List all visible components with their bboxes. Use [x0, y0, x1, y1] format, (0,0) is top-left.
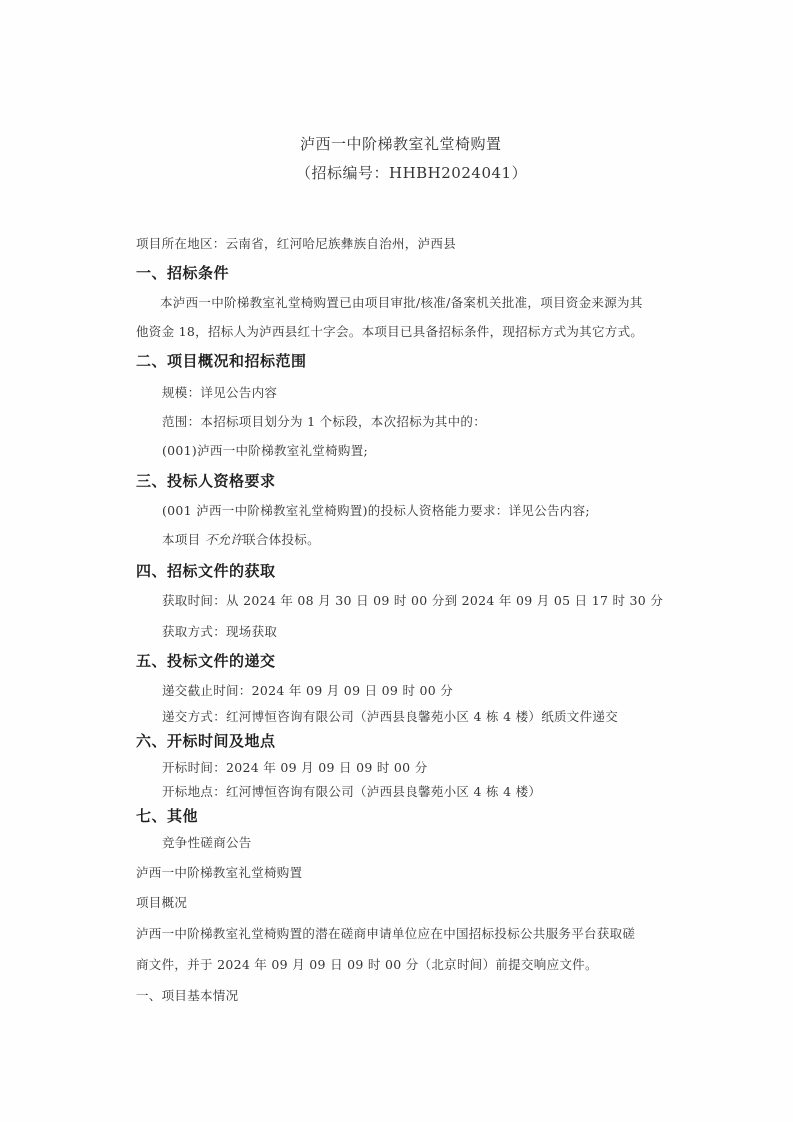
joint-bid-suffix: 联合体投标。 — [243, 532, 320, 547]
paragraph-line: 本泸西一中阶梯教室礼堂椅购置已由项目审批/核准/备案机关批准，项目资金来源为其 — [160, 293, 643, 311]
paragraph-line: 规模：详见公告内容 — [162, 383, 277, 401]
section-heading-bidder-qualification: 三、投标人资格要求 — [136, 470, 276, 491]
paragraph-line: 开标地点：红河博恒咨询有限公司（泸西县良馨苑小区 4 栋 4 楼） — [162, 782, 541, 800]
paragraph-line: 他资金 18，招标人为泸西县红十字会。本项目已具备招标条件，现招标方式为其它方式… — [136, 322, 643, 340]
paragraph-line: 一、项目基本情况 — [136, 986, 238, 1004]
paragraph-line: 递交截止时间：2024 年 09 月 09 日 09 时 00 分 — [162, 681, 453, 699]
paragraph-line: 范围：本招标项目划分为 1 个标段，本次招标为其中的： — [162, 412, 486, 430]
joint-bid-prefix: 本项目 — [162, 532, 205, 547]
paragraph-line: 项目概况 — [136, 893, 187, 911]
joint-bid-line: 本项目 不允许联合体投标。 — [162, 530, 320, 548]
tender-number: （招标编号：HHBH2024041） — [296, 162, 527, 183]
section-heading-project-overview: 二、项目概况和招标范围 — [136, 350, 307, 371]
paragraph-line: (001)泸西一中阶梯教室礼堂椅购置; — [162, 441, 368, 459]
project-location: 项目所在地区：云南省，红河哈尼族彝族自治州，泸西县 — [136, 234, 456, 252]
section-heading-other: 七、其他 — [136, 805, 198, 826]
section-heading-bid-opening: 六、开标时间及地点 — [136, 730, 276, 751]
paragraph-line: 开标时间：2024 年 09 月 09 日 09 时 00 分 — [162, 758, 428, 776]
paragraph-line: 获取时间：从 2024 年 08 月 30 日 09 时 00 分到 2024 … — [162, 591, 663, 609]
section-heading-tender-conditions: 一、招标条件 — [136, 262, 229, 283]
section-heading-bid-submission: 五、投标文件的递交 — [136, 650, 276, 671]
joint-bid-emphasis: 不允许 — [205, 532, 243, 547]
paragraph-line: 泸西一中阶梯教室礼堂椅购置 — [136, 863, 302, 881]
paragraph-line: 获取方式：现场获取 — [162, 622, 277, 640]
paragraph-line: 竞争性磋商公告 — [162, 833, 252, 851]
section-heading-document-acquisition: 四、招标文件的获取 — [136, 560, 276, 581]
paragraph-line: (001 泸西一中阶梯教室礼堂椅购置)的投标人资格能力要求：详见公告内容; — [162, 501, 590, 519]
paragraph-line: 商文件，并于 2024 年 09 月 09 日 09 时 00 分（北京时间）前… — [136, 955, 598, 973]
document-page: 泸西一中阶梯教室礼堂椅购置 （招标编号：HHBH2024041） 项目所在地区：… — [0, 0, 793, 1122]
paragraph-line: 递交方式：红河博恒咨询有限公司（泸西县良馨苑小区 4 栋 4 楼）纸质文件递交 — [162, 707, 618, 725]
paragraph-line: 泸西一中阶梯教室礼堂椅购置的潜在磋商申请单位应在中国招标投标公共服务平台获取磋 — [136, 924, 635, 942]
document-title: 泸西一中阶梯教室礼堂椅购置 — [300, 133, 502, 154]
